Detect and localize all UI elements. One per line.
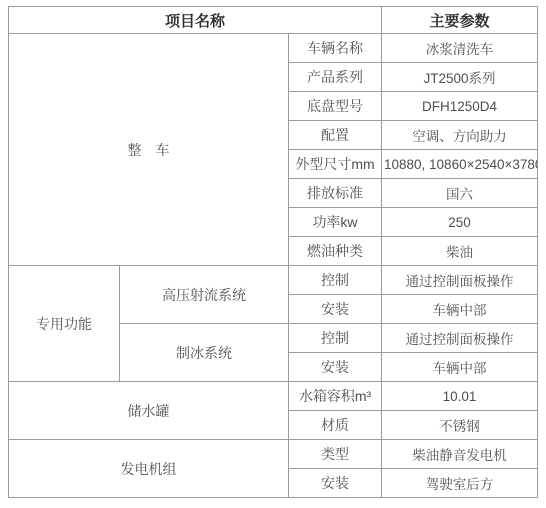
param-fuel-type: 燃油种类 [289,237,382,266]
param-jet-control: 控制 [289,266,382,295]
table-row: 发电机组 类型 柴油静音发电机 [9,440,538,469]
param-chassis-model: 底盘型号 [289,92,382,121]
value-ice-control: 通过控制面板操作 [382,324,538,353]
spec-table: 项目名称 主要参数 整 车 车辆名称 冰浆清洗车 产品系列 JT2500系列 底… [8,6,538,498]
value-ice-install: 车辆中部 [382,353,538,382]
param-ice-install: 安装 [289,353,382,382]
value-generator-install: 驾驶室后方 [382,469,538,498]
param-tank-capacity: 水箱容积m³ [289,382,382,411]
value-vehicle-name: 冰浆清洗车 [382,34,538,63]
param-tank-material: 材质 [289,411,382,440]
value-fuel-type: 柴油 [382,237,538,266]
value-jet-install: 车辆中部 [382,295,538,324]
subsection-ice-making-system: 制冰系统 [120,324,289,382]
value-jet-control: 通过控制面板操作 [382,266,538,295]
param-dimensions: 外型尺寸mm [289,150,382,179]
param-emission-standard: 排放标准 [289,179,382,208]
table-row: 整 车 车辆名称 冰浆清洗车 [9,34,538,63]
value-tank-capacity: 10.01 [382,382,538,411]
value-tank-material: 不锈钢 [382,411,538,440]
value-generator-type: 柴油静音发电机 [382,440,538,469]
section-water-tank: 储水罐 [9,382,289,440]
subsection-hp-jet-system: 高压射流系统 [120,266,289,324]
table-row: 储水罐 水箱容积m³ 10.01 [9,382,538,411]
param-generator-type: 类型 [289,440,382,469]
value-chassis-model: DFH1250D4 [382,92,538,121]
param-configuration: 配置 [289,121,382,150]
value-configuration: 空调、方向助力 [382,121,538,150]
header-main-params: 主要参数 [382,7,538,34]
value-power: 250 [382,208,538,237]
value-dimensions: 10880, 10860×2540×3780 [382,150,538,179]
param-ice-control: 控制 [289,324,382,353]
table-row: 专用功能 高压射流系统 控制 通过控制面板操作 [9,266,538,295]
param-power: 功率kw [289,208,382,237]
value-emission-standard: 国六 [382,179,538,208]
param-jet-install: 安装 [289,295,382,324]
param-generator-install: 安装 [289,469,382,498]
page: 项目名称 主要参数 整 车 车辆名称 冰浆清洗车 产品系列 JT2500系列 底… [0,0,546,508]
value-product-series: JT2500系列 [382,63,538,92]
param-product-series: 产品系列 [289,63,382,92]
section-special-functions: 专用功能 [9,266,120,382]
section-whole-vehicle: 整 车 [9,34,289,266]
header-row: 项目名称 主要参数 [9,7,538,34]
param-vehicle-name: 车辆名称 [289,34,382,63]
section-generator-set: 发电机组 [9,440,289,498]
header-project-name: 项目名称 [9,7,382,34]
